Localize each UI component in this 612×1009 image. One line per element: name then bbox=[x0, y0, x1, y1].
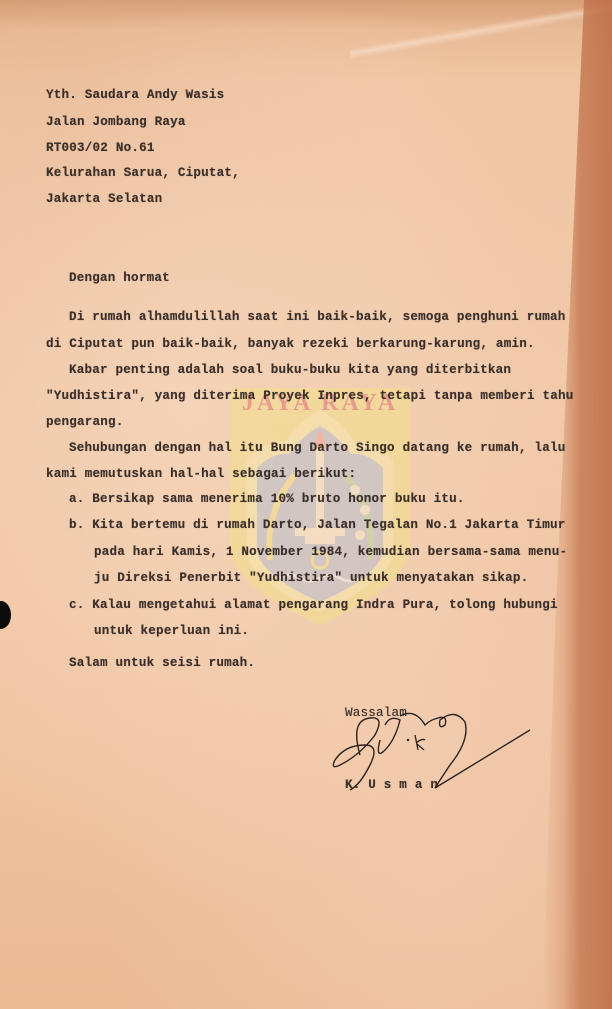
paper-crease bbox=[350, 0, 612, 60]
paragraph-3-line-1: Sehubungan dengan hal itu Bung Darto Sin… bbox=[69, 441, 565, 455]
right-edge-stain bbox=[542, 0, 612, 1009]
address-line-1: Yth. Saudara Andy Wasis bbox=[46, 88, 224, 102]
letter-page: JAYA RAYA Yth. Saudara Andy Wasis Jalan … bbox=[0, 0, 612, 1009]
paragraph-2-line-2: "Yudhistira", yang diterima Proyek Inpre… bbox=[46, 389, 574, 403]
list-item-c-line-2: untuk keperluan ini. bbox=[94, 624, 249, 638]
list-item-c-line-1: c. Kalau mengetahui alamat pengarang Ind… bbox=[69, 598, 558, 612]
paragraph-1-line-2: di Ciputat pun baik-baik, banyak rezeki … bbox=[46, 337, 535, 351]
paragraph-3-line-2: kami memutuskan hal-hal sebagai berikut: bbox=[46, 467, 356, 481]
address-line-2: Jalan Jombang Raya bbox=[46, 115, 186, 129]
list-item-b-line-3: ju Direksi Penerbit "Yudhistira" untuk m… bbox=[94, 571, 528, 585]
salutation: Dengan hormat bbox=[69, 271, 170, 285]
address-line-4: Kelurahan Sarua, Ciputat, bbox=[46, 166, 240, 180]
paragraph-2-line-1: Kabar penting adalah soal buku-buku kita… bbox=[69, 363, 511, 377]
list-item-b-line-1: b. Kita bertemu di rumah Darto, Jalan Te… bbox=[69, 518, 565, 532]
address-line-5: Jakarta Selatan bbox=[46, 192, 162, 206]
punch-hole bbox=[0, 601, 11, 629]
closing-note: Salam untuk seisi rumah. bbox=[69, 656, 255, 670]
list-item-b-line-2: pada hari Kamis, 1 November 1984, kemudi… bbox=[94, 545, 567, 559]
paragraph-1-line-1: Di rumah alhamdulillah saat ini baik-bai… bbox=[69, 310, 565, 324]
signature-icon bbox=[330, 710, 540, 795]
list-item-a: a. Bersikap sama menerima 10% bruto hono… bbox=[69, 492, 465, 506]
address-line-3: RT003/02 No.61 bbox=[46, 141, 155, 155]
paragraph-2-line-3: pengarang. bbox=[46, 415, 124, 429]
